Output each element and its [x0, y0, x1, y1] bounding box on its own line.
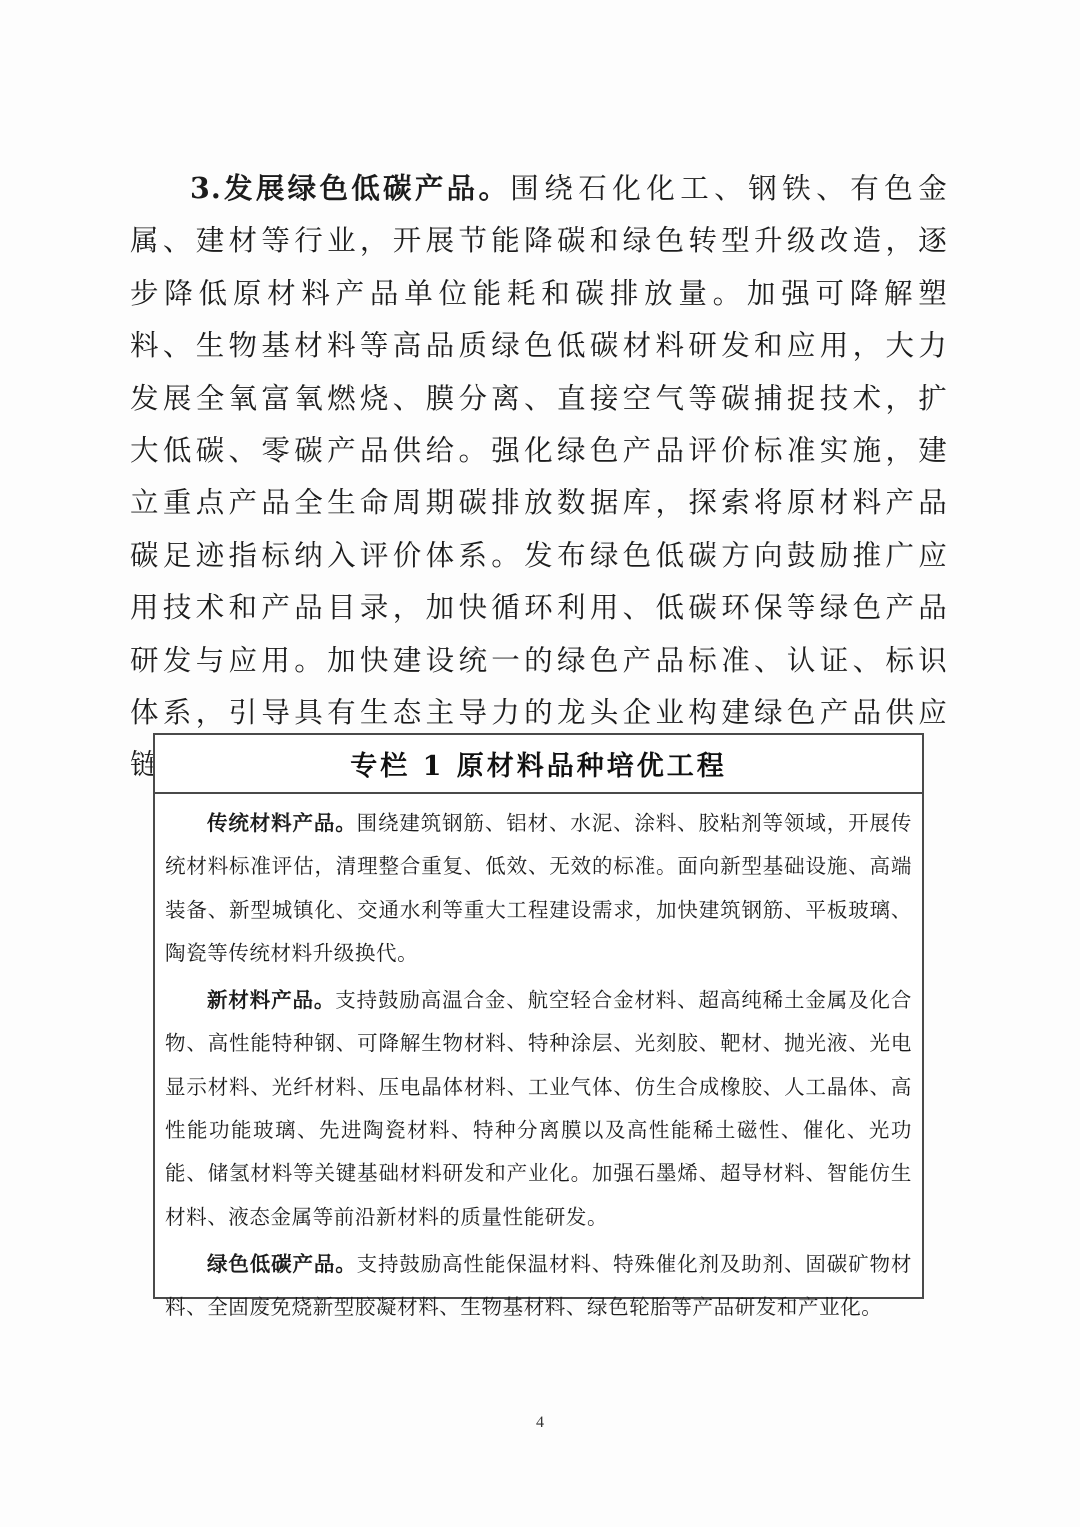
- section-heading: 3.发展绿色低碳产品。: [190, 171, 510, 205]
- page-number: 4: [528, 1414, 552, 1432]
- box-body: 传统材料产品。围绕建筑钢筋、铝材、水泥、涂料、胶粘剂等领域，开展传统材料标准评估…: [155, 794, 922, 1330]
- box-paragraph-text: 支持鼓励高温合金、航空轻合金材料、超高纯稀土金属及化合物、高性能特种钢、可降解生…: [165, 988, 912, 1228]
- box-paragraph-heading: 传统材料产品。: [207, 811, 357, 835]
- section-text: 围绕石化化工、钢铁、有色金属、建材等行业，开展节能降碳和绿色转型升级改造，逐步降…: [130, 172, 950, 781]
- special-column-box: 专栏 1 原材料品种培优工程 传统材料产品。围绕建筑钢筋、铝材、水泥、涂料、胶粘…: [153, 733, 924, 1299]
- box-paragraph-traditional: 传统材料产品。围绕建筑钢筋、铝材、水泥、涂料、胶粘剂等领域，开展传统材料标准评估…: [165, 802, 912, 975]
- box-paragraph-heading: 新材料产品。: [207, 988, 335, 1012]
- box-paragraph-green-low-carbon: 绿色低碳产品。支持鼓励高性能保温材料、特殊催化剂及助剂、固碳矿物材料、全固废免烧…: [165, 1243, 912, 1330]
- box-title: 专栏 1 原材料品种培优工程: [155, 735, 922, 794]
- section-paragraph: 3.发展绿色低碳产品。围绕石化化工、钢铁、有色金属、建材等行业，开展节能降碳和绿…: [130, 162, 950, 792]
- box-paragraph-new-materials: 新材料产品。支持鼓励高温合金、航空轻合金材料、超高纯稀土金属及化合物、高性能特种…: [165, 979, 912, 1239]
- box-paragraph-heading: 绿色低碳产品。: [207, 1252, 357, 1276]
- document-page: 3.发展绿色低碳产品。围绕石化化工、钢铁、有色金属、建材等行业，开展节能降碳和绿…: [0, 0, 1080, 1527]
